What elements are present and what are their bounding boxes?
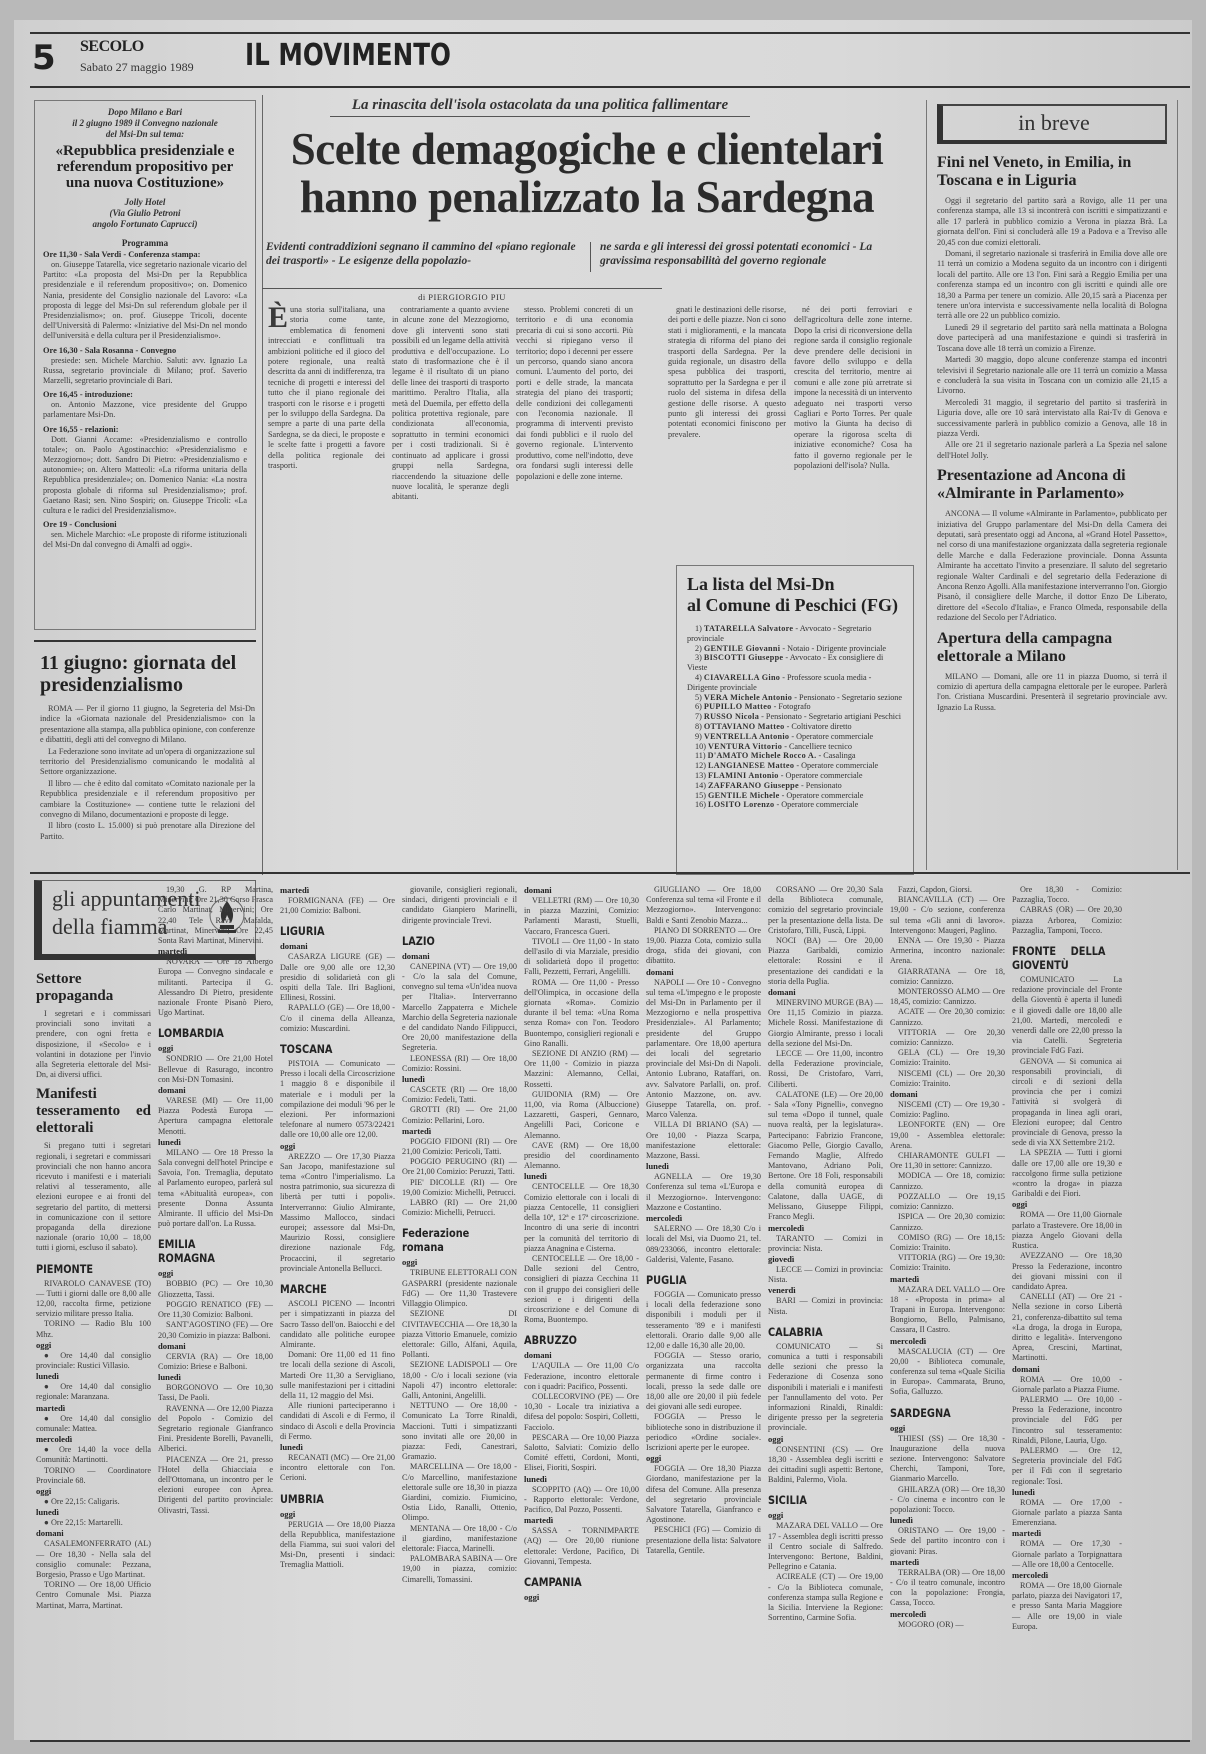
region-heading: PUGLIA bbox=[646, 1273, 744, 1287]
in-breve-items: Fini nel Veneto, in Emilia, in Toscana e… bbox=[937, 154, 1167, 713]
appointment-entry: PESCARA — Ore 10,00 Piazza Salotto, Salv… bbox=[524, 1433, 639, 1474]
candidate-item: 10) VENTURA Vittorio - Cancelliere tecni… bbox=[687, 742, 903, 752]
day-label: oggi bbox=[1012, 1199, 1122, 1210]
day-label: domani bbox=[646, 967, 761, 978]
candidate-name: LANGIANESE Matteo bbox=[708, 761, 794, 770]
appointment-entry: ● Ore 14,40 dal consiglio provinciale: R… bbox=[36, 1351, 151, 1371]
candidate-name: VERA Michele Antonio bbox=[704, 693, 792, 702]
day-label: lunedì bbox=[890, 1515, 1005, 1526]
paragraph: ROMA — Per il giorno 11 giugno, la Segre… bbox=[40, 704, 255, 746]
appointment-entry: COLLECORVINO (PE) — Ore 10,30 - Locale t… bbox=[524, 1392, 639, 1433]
day-label: domani bbox=[524, 885, 639, 896]
day-label: domani bbox=[280, 941, 395, 952]
candidate-item: 2) GENTILE Giovanni - Notaio - Dirigente… bbox=[687, 644, 903, 654]
region-heading: SICILIA bbox=[768, 1493, 866, 1507]
paragraph: Mercoledì 31 maggio, il segretario del p… bbox=[937, 398, 1167, 440]
candidate-name: TATARELLA Salvatore bbox=[704, 624, 793, 633]
appointment-entry: TERRALBA (OR) — Ore 18,00 - C/o il teatr… bbox=[890, 1568, 1005, 1609]
program-text: Dott. Gianni Accame: «Presidenzialismo e… bbox=[43, 435, 247, 517]
appointment-entry: VITTORIA — Ore 20,30 comizio: Cannizzo. bbox=[890, 1028, 1005, 1048]
appointment-entry: PIANO DI SORRENTO — Ore 19,00. Piazza Co… bbox=[646, 926, 761, 967]
appointment-entry: VARESE (MI) — Ore 11,00 Piazza Podestà E… bbox=[158, 1096, 273, 1137]
appointment-entry: PESCHICI (FG) — Comizio di presentazione… bbox=[646, 1525, 761, 1556]
candidate-name: GENTILE Michele bbox=[708, 791, 780, 800]
appointment-entry: NISCEMI (CL) — Ore 20,30 Comizio: Traini… bbox=[890, 1069, 1005, 1089]
paragraph: Oggi il segretario del partito sarà a Ro… bbox=[937, 196, 1167, 248]
day-label: oggi bbox=[524, 1592, 639, 1603]
region-heading: CALABRIA bbox=[768, 1325, 866, 1339]
candidate-name: OTTAVIANO Matteo bbox=[704, 722, 785, 731]
appointment-entry: GENOVA — Si comunica ai responsabili pro… bbox=[1012, 1057, 1122, 1149]
program-item: Ore 16,45 - introduzione:on. Antonio Maz… bbox=[43, 390, 247, 420]
paragraph: Alle ore 21 il segretario nazionale parl… bbox=[937, 440, 1167, 461]
paragraph: Lunedì 29 il segretario del partito sarà… bbox=[937, 323, 1167, 354]
region-heading: LAZIO bbox=[402, 934, 500, 948]
appointment-entry: BARI — Comizi in provincia: Nista. bbox=[768, 1296, 883, 1316]
day-label: oggi bbox=[768, 1510, 883, 1521]
program-item: Ore 19 - Conclusionisen. Michele Marchio… bbox=[43, 520, 247, 550]
day-label: lunedì bbox=[36, 1371, 151, 1382]
appointment-entry: NOVARA — Ore 18 Albergo Europa — Convegn… bbox=[158, 957, 273, 1018]
article-column-2: contrariamente a quanto avviene in alcun… bbox=[392, 305, 509, 885]
program-text: presiede: sen. Michele Marchio. Saluti: … bbox=[43, 356, 247, 387]
appointment-entry: MASCALUCIA (CT) — Ore 20,00 - Biblioteca… bbox=[890, 1347, 1005, 1398]
day-label: lunedì bbox=[158, 1372, 273, 1383]
day-label: oggi bbox=[280, 1141, 395, 1152]
candidate-name: BISCOTTI Giuseppe bbox=[704, 653, 784, 662]
convegno-kicker: Dopo Milano e Bariil 2 giugno 1989 il Co… bbox=[43, 107, 247, 140]
in-breve-label: in breve bbox=[937, 104, 1167, 144]
region-heading: LIGURIA bbox=[280, 924, 378, 938]
appointment-entry: ● Ore 22,15: Caligaris. bbox=[36, 1497, 151, 1507]
day-label: giovedì bbox=[768, 1254, 883, 1265]
appointment-entry: SEZIONE DI CIVITAVECCHIA — Ore 18,30 la … bbox=[402, 1309, 517, 1360]
appointment-entry: LECCE — Comizi in provincia: Nista. bbox=[768, 1265, 883, 1285]
appointment-entry: GELA (CL) — Ore 19,30 Comizio: Trainito. bbox=[890, 1048, 1005, 1068]
appointment-entry: LECCE — Ore 11,00, incontro della Federa… bbox=[768, 1049, 883, 1090]
day-label: domani bbox=[402, 951, 517, 962]
section-title: IL MOVIMENTO bbox=[245, 38, 451, 73]
appointment-entry: LEONFORTE (EN) — Ore 19,00 - Assemblea e… bbox=[890, 1120, 1005, 1151]
appointment-entry: BOBBIO (PC) — Ore 10,30 Gliozzetta, Tass… bbox=[158, 1279, 273, 1299]
appointment-entry: Si pregano tutti i segretari regionali, … bbox=[36, 1141, 151, 1253]
program-item: Ore 11,30 - Sala Verdi - Conferenza stam… bbox=[43, 250, 247, 342]
candidate-item: 1) TATARELLA Salvatore - Avvocato - Segr… bbox=[687, 624, 903, 644]
presidenzialismo-body: ROMA — Per il giorno 11 giugno, la Segre… bbox=[40, 704, 255, 843]
day-label: oggi bbox=[158, 1268, 273, 1279]
program-item: Ore 16,55 - relazioni:Dott. Gianni Accam… bbox=[43, 425, 247, 517]
candidate-name: FLAMINI Antonio bbox=[708, 771, 779, 780]
appointment-entry: ● Ore 14,40 la voce della Comunità: Mart… bbox=[36, 1445, 151, 1465]
appointment-entry: RIVAROLO CANAVESE (TO) — Tutti i giorni … bbox=[36, 1279, 151, 1320]
candidate-item: 11) D'AMATO Michele Rocco A. - Casalinga bbox=[687, 751, 903, 761]
day-label: lunedì bbox=[524, 1474, 639, 1485]
appointment-entry: ORISTANO — Ore 19,00 - Sede del partito … bbox=[890, 1526, 1005, 1557]
appointment-entry: LA SPEZIA — Tutti i giorni dalle ore 17,… bbox=[1012, 1148, 1122, 1199]
appointments-top-rule bbox=[30, 872, 1190, 874]
left-divider bbox=[34, 640, 256, 642]
day-label: lunedì bbox=[36, 1507, 151, 1518]
candidate-name: RUSSO Nicola bbox=[704, 712, 759, 721]
appointments-column-5: domaniVELLETRI (RM) — Ore 10,30 in piazz… bbox=[524, 885, 639, 1603]
paragraph: Il libro — che è edito dal comitato «Com… bbox=[40, 779, 255, 821]
brief-headline: Presentazione ad Ancona di «Almirante in… bbox=[937, 467, 1167, 503]
brief-headline: Fini nel Veneto, in Emilia, in Toscana e… bbox=[937, 154, 1167, 190]
appointment-entry: CASALEMONFERRATO (AL) — Ore 18,30 - Nell… bbox=[36, 1539, 151, 1580]
appointment-entry: CANEPINA (VT) — Ore 19,00 - C/o la sala … bbox=[402, 962, 517, 1054]
appointments-column-8: Fazzi, Capdon, Giorsi.BIANCAVILLA (CT) —… bbox=[890, 885, 1005, 1630]
day-label: mercoledì bbox=[890, 1336, 1005, 1347]
appointment-entry: PIACENZA — Ore 21, presso l'Hotel della … bbox=[158, 1455, 273, 1516]
program-text: on. Giuseppe Tatarella, vice segretario … bbox=[43, 260, 247, 342]
appointment-entry: ● Ore 22,15: Martarelli. bbox=[36, 1518, 151, 1528]
appointment-entry: POGGIO PERUGINO (RI) — Ore 21,00 Comizio… bbox=[402, 1157, 517, 1177]
day-label: martedì bbox=[402, 1126, 517, 1137]
appointment-entry: GIARRATANA — Ore 18, comizio: Cannizzo. bbox=[890, 967, 1005, 987]
appointment-entry: RECANATI (MC) — Ore 21,00 incontro elett… bbox=[280, 1453, 395, 1484]
appointment-entry: THIESI (SS) — Ore 18,30 - Inaugurazione … bbox=[890, 1434, 1005, 1485]
candidate-name: VENTURA Vittorio bbox=[708, 742, 782, 751]
appointments-column-9: Ore 18,30 - Comizio: Pazzaglia, Tocco.CA… bbox=[1012, 885, 1122, 1632]
day-label: domani bbox=[158, 1085, 273, 1096]
appointment-entry: FOGGIA — Presso le biblioteche sono in d… bbox=[646, 1412, 761, 1453]
appointment-entry: PERUGIA — Ore 18,00 Piazza della Repubbl… bbox=[280, 1520, 395, 1571]
candidate-item: 12) LANGIANESE Matteo - Operatore commer… bbox=[687, 761, 903, 771]
appointment-entry: CANELLI (AT) — Ore 21 - Nella sezione in… bbox=[1012, 1292, 1122, 1363]
subdek-divider bbox=[590, 242, 591, 272]
article-column-3: stesso. Problemi concreti di un territor… bbox=[516, 305, 633, 885]
appointment-entry: ENNA — Ore 19,30 - Piazza Armerina, inco… bbox=[890, 936, 1005, 967]
day-label: mercoledì bbox=[1012, 1570, 1122, 1581]
paragraph: Martedì 30 maggio, dopo alcune conferenz… bbox=[937, 355, 1167, 397]
appointment-entry: CASARZA LIGURE (GE) — Dalle ore 9,00 all… bbox=[280, 952, 395, 1003]
newspaper-brand: SECOLO bbox=[80, 38, 144, 56]
appointment-entry: COMUNICATO — La redazione provinciale de… bbox=[1012, 975, 1122, 1057]
program-label: Programma bbox=[43, 238, 247, 248]
appointment-entry: AVEZZANO — Ore 18,30 Presso la Federazio… bbox=[1012, 1251, 1122, 1292]
program-text: sen. Michele Marchio: «Le proposte di ri… bbox=[43, 530, 247, 550]
appointment-entry: RAVENNA — Ore 12,00 Piazza del Popolo - … bbox=[158, 1404, 273, 1455]
headline-line-2: hanno penalizzato la Sardegna bbox=[262, 173, 912, 221]
article-dek: La rinascita dell'isola ostacolata da un… bbox=[330, 97, 750, 117]
appointment-entry: Ore 18,30 - Comizio: Pazzaglia, Tocco. bbox=[1012, 885, 1122, 905]
region-heading: MARCHE bbox=[280, 1282, 378, 1296]
header-bottom-rule bbox=[30, 86, 1190, 88]
appointment-entry: COMISO (RG) — Ore 18,15: Comizio: Traini… bbox=[890, 1233, 1005, 1253]
appointment-entry: MINERVINO MURGE (BA) — Ore 11,15 Comizio… bbox=[768, 998, 883, 1049]
region-heading: UMBRIA bbox=[280, 1492, 378, 1506]
candidate-item: 5) VERA Michele Antonio - Pensionato - S… bbox=[687, 693, 903, 703]
day-label: oggi bbox=[646, 1453, 761, 1464]
kicker-line: del Msi-Dn sul tema: bbox=[43, 129, 247, 140]
region-heading: Federazione romana bbox=[402, 1226, 500, 1254]
appointment-entry: FORMIGNANA (FE) — Ore 21,00 Comizio: Bal… bbox=[280, 896, 395, 916]
candidate-item: 9) VENTRELLA Antonio - Operatore commerc… bbox=[687, 732, 903, 742]
day-label: lunedì bbox=[524, 1171, 639, 1182]
appointment-entry: TORINO — Ore 18,00 Ufficio Centro Comuna… bbox=[36, 1580, 151, 1611]
appointment-entry: GHILARZA (OR) — Ore 18,30 - C/o cinema e… bbox=[890, 1485, 1005, 1516]
appointment-entry: ASCOLI PICENO — Incontri per i simpatizz… bbox=[280, 1299, 395, 1350]
article-headline: Scelte demagogiche e clientelari hanno p… bbox=[262, 125, 912, 221]
candidate-name: CIAVARELLA Gino bbox=[704, 673, 780, 682]
day-label: martedì bbox=[158, 946, 273, 957]
day-label: oggi bbox=[402, 1257, 517, 1268]
day-label: domani bbox=[768, 987, 883, 998]
candidate-item: 4) CIAVARELLA Gino - Professore scuola m… bbox=[687, 673, 903, 693]
day-label: martedì bbox=[1012, 1528, 1122, 1539]
appointment-entry: SEZIONE LADISPOLI — Ore 18,00 - C/o i lo… bbox=[402, 1360, 517, 1401]
appointment-entry: POGGIO RENATICO (FE) — Ore 11,30 Comizio… bbox=[158, 1300, 273, 1320]
day-label: oggi bbox=[36, 1486, 151, 1497]
appointment-entry: LABRO (RI) — Ore 21,00 Comizio: Michelli… bbox=[402, 1198, 517, 1218]
appointment-entry: RAPALLO (GE) — Ore 18,00 - C/o il cinema… bbox=[280, 1003, 395, 1034]
appointment-entry: ROMA — Ore 18,00 Giornale parlato, piazz… bbox=[1012, 1581, 1122, 1632]
subdek-left: Evidenti contraddizioni segnano il cammi… bbox=[266, 240, 581, 268]
region-heading: LOMBARDIA bbox=[158, 1026, 256, 1040]
appointment-entry: VILLA DI BRIANO (SA) — Ore 10,00 - Piazz… bbox=[646, 1120, 761, 1161]
appointment-entry: LEONESSA (RI) — Ore 18,00 Comizio: Rossi… bbox=[402, 1054, 517, 1074]
candidate-item: 14) ZAFFARANO Giuseppe - Pensionato bbox=[687, 781, 903, 791]
day-label: oggi bbox=[280, 1509, 395, 1520]
appointment-entry: AGNELLA — Ore 19,30 Conferenza sul tema … bbox=[646, 1172, 761, 1213]
region-heading: ABRUZZO bbox=[524, 1333, 622, 1347]
appointment-entry: MODICA — Ore 18, comizio: Cannizzo. bbox=[890, 1171, 1005, 1191]
appointment-entry: SEZIONE DI ANZIO (RM) — Ore 11,00 - Comi… bbox=[524, 1049, 639, 1090]
program-time: Ore 11,30 - Sala Verdi - Conferenza stam… bbox=[43, 250, 247, 260]
appointment-entry: CERVIA (RA) — Ore 18,00 Comizio: Briese … bbox=[158, 1352, 273, 1372]
appointment-entry: Domani: Ore 11,00 ed 11 fino tre locali … bbox=[280, 1350, 395, 1401]
day-label: domani bbox=[524, 1350, 639, 1361]
program-time: Ore 16,55 - relazioni: bbox=[43, 425, 247, 435]
paragraph: Il libro (costo L. 15.000) si può prenot… bbox=[40, 821, 255, 842]
candidate-name: PUPILLO Matteo bbox=[704, 702, 772, 711]
appointment-entry: ROMA — Ore 11,00 Giornale parlato a Tras… bbox=[1012, 1210, 1122, 1251]
day-label: martedì bbox=[280, 885, 395, 896]
appointment-entry: SALERNO — Ore 18,30 C/o i locali del Msi… bbox=[646, 1224, 761, 1265]
appointment-entry: NAPOLI — Ore 10 - Convegno sul tema «L'i… bbox=[646, 978, 761, 1121]
appointment-entry: NOCI (BA) — Ore 20,00 Piazza Garibaldi, … bbox=[768, 936, 883, 987]
appointment-entry: SCOPPITO (AQ) — Ore 10,00 - Rapporto ele… bbox=[524, 1485, 639, 1516]
page-bottom-rule bbox=[30, 1740, 1190, 1742]
appointments-column-7: CORSANO — Ore 20,30 Sala della Bibliotec… bbox=[768, 885, 883, 1623]
appointment-entry: Alle riunioni parteciperanno i candidati… bbox=[280, 1401, 395, 1442]
appointment-entry: CENTOCELLE — Ore 18,00 - Dalle sezioni d… bbox=[524, 1254, 639, 1325]
appointment-entry: MARCELLINA — Ore 18,00 - C/o Marcellino,… bbox=[402, 1462, 517, 1523]
candidate-item: 13) FLAMINI Antonio - Operatore commerci… bbox=[687, 771, 903, 781]
kicker-line: il 2 giugno 1989 il Convegno nazionale bbox=[43, 118, 247, 129]
appointment-entry: PALERMO — Ore 12, Segreteria provinciale… bbox=[1012, 1446, 1122, 1487]
program-time: Ore 16,45 - introduzione: bbox=[43, 390, 247, 400]
appointment-entry: FOGGIA — Comunicato presso i locali dell… bbox=[646, 1290, 761, 1351]
day-label: martedì bbox=[36, 1403, 151, 1414]
article-byline: di PIERGIORGIO PIU bbox=[262, 288, 662, 302]
day-label: oggi bbox=[768, 1434, 883, 1445]
day-label: oggi bbox=[890, 1423, 1005, 1434]
program-time: Ore 16,30 - Sala Rosanna - Convegno bbox=[43, 346, 247, 356]
day-label: lunedì bbox=[280, 1442, 395, 1453]
day-label: lunedì bbox=[158, 1137, 273, 1148]
appointments-column-2: 19,30 G. RP Martina, Minervini; Ore 21,3… bbox=[158, 885, 273, 1516]
brief-headline: Apertura della campagna elettorale a Mil… bbox=[937, 630, 1167, 666]
venue-line: angolo Fortunato Caprucci) bbox=[43, 219, 247, 230]
appointment-entry: NISCEMI (CT) — Ore 19,30 - Comizio: Pagl… bbox=[890, 1100, 1005, 1120]
brief-body: MILANO — Domani, alle ore 11 in piazza D… bbox=[937, 672, 1167, 714]
appointment-entry: TIVOLI — Ore 11,00 - In stato dell'asilo… bbox=[524, 937, 639, 978]
subdek-right: ne sarda e gli interessi dei grossi pote… bbox=[600, 240, 910, 268]
appointment-entry: ROMA — Ore 11,00 - Presso dell'Olimpica,… bbox=[524, 978, 639, 1049]
appointment-entry: MONTEROSSO ALMO — Ore 18,45, comizio: Ca… bbox=[890, 987, 1005, 1007]
day-label: lunedì bbox=[402, 1074, 517, 1085]
header-top-rule bbox=[30, 32, 1190, 34]
notice-heading: Manifesti tesseramento ed elettorali bbox=[36, 1086, 151, 1137]
brief-body: ANCONA — Il volume «Almirante in Parlame… bbox=[937, 509, 1167, 623]
region-heading: EMILIA ROMAGNA bbox=[158, 1237, 256, 1265]
candidate-list: 1) TATARELLA Salvatore - Avvocato - Segr… bbox=[687, 624, 903, 810]
appointment-entry: I segretari e i commissari provinciali s… bbox=[36, 1009, 151, 1080]
appointment-entry: SASSA - TORNIMPARTE (AQ) — Ore 20,00 riu… bbox=[524, 1526, 639, 1567]
day-label: domani bbox=[890, 1089, 1005, 1100]
convegno-title: «Repubblica presidenziale e referendum p… bbox=[43, 143, 247, 191]
candidate-item: 15) GENTILE Michele - Operatore commerci… bbox=[687, 791, 903, 801]
program-item: Ore 16,30 - Sala Rosanna - Convegnopresi… bbox=[43, 346, 247, 387]
appointment-entry: PISTOIA — Comunicato — Presso i locali d… bbox=[280, 1059, 395, 1141]
brief-body: Oggi il segretario del partito sarà a Ro… bbox=[937, 196, 1167, 461]
issue-date: Sabato 27 maggio 1989 bbox=[80, 60, 194, 75]
appointment-entry: CORSANO — Ore 20,30 Sala della Bibliotec… bbox=[768, 885, 883, 936]
appointment-entry: BIANCAVILLA (CT) — Ore 19,00 - C/o sezio… bbox=[890, 895, 1005, 936]
appointment-entry: CALATONE (LE) — Ore 20,00 - Sala «Tony P… bbox=[768, 1090, 883, 1223]
region-heading: CAMPANIA bbox=[524, 1575, 622, 1589]
headline-line-1: Scelte demagogiche e clientelari bbox=[262, 125, 912, 173]
appointment-entry: POGGIO FIDONI (RI) — Ore 21,00 Comizio: … bbox=[402, 1137, 517, 1157]
appointment-entry: NETTUNO — Ore 18,00 - Comunicato La Torr… bbox=[402, 1401, 517, 1462]
candidate-name: VENTRELLA Antonio bbox=[704, 732, 789, 741]
region-heading: SARDEGNA bbox=[890, 1406, 988, 1420]
appointment-entry: CHIARAMONTE GULFI — Ore 11,30 in settore… bbox=[890, 1151, 1005, 1171]
day-label: lunedì bbox=[646, 1161, 761, 1172]
convegno-box: Dopo Milano e Bariil 2 giugno 1989 il Co… bbox=[34, 100, 256, 630]
candidate-item: 3) BISCOTTI Giuseppe - Avvocato - Ex con… bbox=[687, 653, 903, 673]
presidenzialismo-headline: 11 giugno: giornata del presidenzialismo bbox=[40, 652, 255, 696]
appointment-entry: TORINO — Radio Blu 100 Mhz. bbox=[36, 1319, 151, 1339]
appointment-entry: CABRAS (OR) — Ore 20,30 piazza Arborea, … bbox=[1012, 905, 1122, 936]
day-label: oggi bbox=[158, 1043, 273, 1054]
day-label: oggi bbox=[36, 1340, 151, 1351]
appointment-entry: MILANO — Ore 18 Presso la Sala convegni … bbox=[158, 1148, 273, 1230]
paragraph: ANCONA — Il volume «Almirante in Parlame… bbox=[937, 509, 1167, 623]
day-label: mercoledì bbox=[768, 1223, 883, 1234]
appointment-entry: PALERMO — Ore 10,00 - Presso la Federazi… bbox=[1012, 1395, 1122, 1446]
appointment-entry: AREZZO — Ore 17,30 Piazza San Jacopo, ma… bbox=[280, 1152, 395, 1274]
region-heading: TOSCANA bbox=[280, 1042, 378, 1056]
article-column-4: gnati le destinazioni delle risorse, dei… bbox=[668, 305, 786, 555]
program-time: Ore 19 - Conclusioni bbox=[43, 520, 247, 530]
day-label: lunedì bbox=[1012, 1487, 1122, 1498]
appointment-entry: FOGGIA — Ore 18,30 Piazza Giordano, mani… bbox=[646, 1464, 761, 1525]
appointment-entry: FOGGIA — Stesso orario, organizzata una … bbox=[646, 1351, 761, 1412]
day-label: martedì bbox=[890, 1557, 1005, 1568]
appointment-entry: Fazzi, Capdon, Giorsi. bbox=[890, 885, 1005, 895]
appointment-entry: POZZALLO — Ore 19,15 comizio: Cannizzo. bbox=[890, 1192, 1005, 1212]
candidate-item: 16) LOSITO Lorenzo - Operatore commercia… bbox=[687, 800, 903, 810]
appointments-column-4: giovanile, consiglieri regionali, sindac… bbox=[402, 885, 517, 1585]
candidate-name: GENTILE Giovanni bbox=[704, 644, 780, 653]
appointment-entry: ACIREALE (CT) — Ore 19,00 - C/o la Bibli… bbox=[768, 1572, 883, 1623]
appointment-entry: ROMA — Ore 10,00 - Giornale parlato a Pi… bbox=[1012, 1375, 1122, 1395]
appointment-entry: TARANTO — Comizi in provincia: Nista. bbox=[768, 1234, 883, 1254]
appointment-entry: BORGONOVO — Ore 10,30 Tassi, De Paoli. bbox=[158, 1383, 273, 1403]
appointment-entry: MOGORO (OR) — bbox=[890, 1620, 1005, 1630]
day-label: domani bbox=[158, 1341, 273, 1352]
appointment-entry: VELLETRI (RM) — Ore 10,30 in piazza Mazz… bbox=[524, 896, 639, 937]
candidate-item: 6) PUPILLO Matteo - Fotografo bbox=[687, 702, 903, 712]
region-heading: FRONTE DELLA GIOVENTÙ bbox=[1012, 944, 1106, 972]
in-breve-column: in breve Fini nel Veneto, in Emilia, in … bbox=[926, 100, 1178, 870]
program-list: Ore 11,30 - Sala Verdi - Conferenza stam… bbox=[43, 250, 247, 551]
appointment-entry: CASCETE (RI) — Ore 18,00 Comizio: Fedeli… bbox=[402, 1085, 517, 1105]
venue-line: Jolly Hotel bbox=[43, 197, 247, 208]
appointment-entry: TORINO — Coordinatore Provinciale 68. bbox=[36, 1466, 151, 1486]
appointment-entry: ROMA — Ore 17,30 - Giornale parlato a To… bbox=[1012, 1539, 1122, 1570]
appointment-entry: CAVE (RM) — Ore 18,00 presidio del coord… bbox=[524, 1141, 639, 1172]
appointment-entry: MAZARA DEL VALLO — Ore 17 - Assemblea de… bbox=[768, 1521, 883, 1572]
notice-heading: Settore propaganda bbox=[36, 971, 151, 1005]
list-title: La lista del Msi-Dn al Comune di Peschic… bbox=[687, 574, 903, 616]
paragraph: La Federazione sono invitate ad un'opera… bbox=[40, 747, 255, 778]
appointment-entry: COMUNICATO — Si comunica a tutti i respo… bbox=[768, 1342, 883, 1434]
appointment-entry: ISPICA — Ore 20,30 comizio: Cannizzo. bbox=[890, 1212, 1005, 1232]
day-label: mercoledì bbox=[646, 1213, 761, 1224]
appointment-entry: ROMA — Ore 17,00 - Giornale parlato a pi… bbox=[1012, 1498, 1122, 1529]
appointments-column-6: GIUGLIANO — Ore 18,00 Conferenza sul tem… bbox=[646, 885, 761, 1556]
appointment-entry: MAZARA DEL VALLO — Ore 18 - «Proposta in… bbox=[890, 1285, 1005, 1336]
day-label: domani bbox=[36, 1528, 151, 1539]
page-number: 5 bbox=[32, 38, 56, 78]
appointment-entry: PIE' DICOLLE (RI) — Ore 19,00 Comizio: M… bbox=[402, 1178, 517, 1198]
appointment-entry: PALOMBARA SABINA — Ore 19,00 in piazza, … bbox=[402, 1554, 517, 1585]
candidate-name: ZAFFARANO Giuseppe bbox=[708, 781, 799, 790]
article-column-5: né dei porti ferroviari e dell'agricoltu… bbox=[794, 305, 912, 555]
paragraph: Domani, il segretario nazionale si trasf… bbox=[937, 249, 1167, 322]
venue-line: (Via Giulio Petroni bbox=[43, 208, 247, 219]
appointment-entry: CENTOCELLE — Ore 18,30 Comizio elettoral… bbox=[524, 1182, 639, 1253]
appointment-entry: GIUGLIANO — Ore 18,00 Conferenza sul tem… bbox=[646, 885, 761, 926]
drop-cap: È bbox=[268, 305, 288, 331]
appointment-entry: SONDRIO — Ore 21,00 Hotel Bellevue di Ra… bbox=[158, 1054, 273, 1085]
appointment-entry: CONSENTINI (CS) — Ore 18,30 - Assemblea … bbox=[768, 1445, 883, 1486]
candidate-name: LOSITO Lorenzo bbox=[708, 800, 774, 809]
day-label: venerdì bbox=[768, 1285, 883, 1296]
kicker-line: Dopo Milano e Bari bbox=[43, 107, 247, 118]
appointment-entry: GROTTI (RI) — Ore 21,00 Comizio: Pellari… bbox=[402, 1105, 517, 1125]
appointment-entry: giovanile, consiglieri regionali, sindac… bbox=[402, 885, 517, 926]
day-label: mercoledì bbox=[36, 1434, 151, 1445]
convegno-venue: Jolly Hotel(Via Giulio Petroniangolo For… bbox=[43, 197, 247, 230]
appointment-entry: TRIBUNE ELETTORALI CON GASPARRI (preside… bbox=[402, 1268, 517, 1309]
appointment-entry: SANT'AGOSTINO (FE) — Ore 20,30 Comizio i… bbox=[158, 1320, 273, 1340]
appointment-entry: VITTORIA (RG) — Ore 19,30: Comizio: Trai… bbox=[890, 1253, 1005, 1273]
appointment-entry: ● Ore 14,40 dal consiglio regionale: Mar… bbox=[36, 1382, 151, 1402]
day-label: martedì bbox=[890, 1274, 1005, 1285]
appointments-column-1: Settore propagandaI segretari e i commis… bbox=[36, 965, 151, 1611]
paragraph: MILANO — Domani, alle ore 11 in piazza D… bbox=[937, 672, 1167, 714]
peschici-list-box: La lista del Msi-Dn al Comune di Peschic… bbox=[676, 565, 914, 875]
program-text: on. Antonio Mazzone, vice presidente del… bbox=[43, 400, 247, 420]
candidate-name: D'AMATO Michele Rocco A. bbox=[708, 751, 817, 760]
appointment-entry: ACATE — Ore 20,30 comizio: Cannizzo. bbox=[890, 1007, 1005, 1027]
appointment-entry: MENTANA — Ore 18,00 - C/o il giardino, m… bbox=[402, 1524, 517, 1555]
article-column-1: Èuna storia sull'italiana, una storia co… bbox=[268, 305, 385, 885]
